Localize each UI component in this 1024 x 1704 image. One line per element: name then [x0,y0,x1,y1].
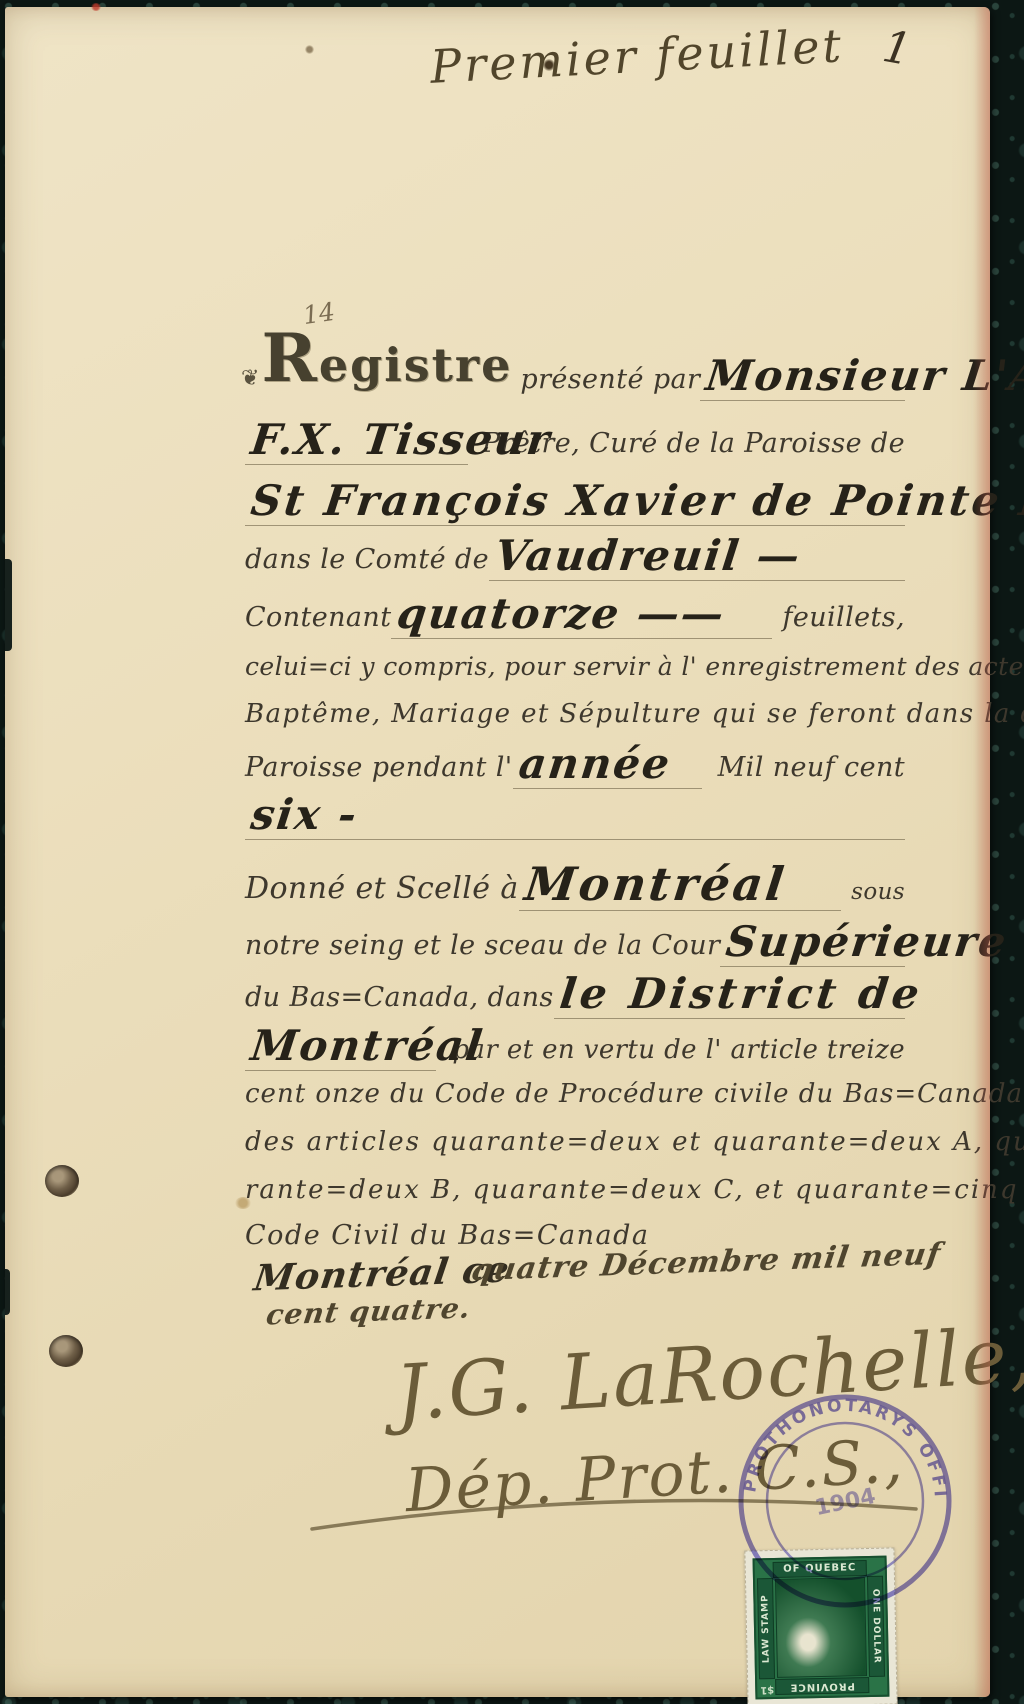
handwritten-date-text-2: cent quatre. [264,1291,473,1331]
prothonotary-stamp-date: 1904 [813,1484,878,1521]
form-line-rante: rante=deux B, quarante=deux C, et quaran… [245,1167,905,1211]
form-blank-rule: Monsieur L'Abbé [700,355,905,401]
form-line-cure: F.X. Tisseur Prêtre, Curé de la Paroisse… [245,409,905,465]
handwritten-feuillet-count: quatorze —— [389,593,738,638]
law-stamp-bottom-label: PROVINCE [775,1677,869,1695]
prothonotary-stamp-arc-text: PROTHONOTARYS OFFICE [729,1385,950,1500]
handwritten-presenter-name: Monsieur L'Abbé [698,355,1024,400]
form-line-six: six - [245,787,905,840]
printed-text: dans le Comté de [245,546,489,581]
printed-text: celui=ci y compris, pour servir à l' enr… [245,654,1024,687]
form-line-seing: notre seing et le sceau de la Cour Supér… [245,911,905,967]
form-blank-rule: année [513,743,702,789]
form-line-donne: Donné et Scellé à Montréal sous [245,849,905,911]
printed-text: notre seing et le sceau de la Cour [245,932,720,967]
form-line-registre: ❦ Registre présenté par Monsieur L'Abbé [241,337,905,401]
form-line-contenant: Contenant quatorze —— feuillets, [245,585,905,639]
form-line-annee: Paroisse pendant l' année Mil neuf cent [245,737,905,789]
handwritten-paroisse-name: St François Xavier de Pointe Fortune [242,480,1024,525]
form-line-district-ville: Montréal par et en vertu de l' article t… [245,1013,905,1071]
handwritten-district: le District de [551,973,935,1018]
form-line-comte: dans le Comté de Vaudreuil — [245,527,905,581]
binding-grommet [45,1165,79,1197]
printed-text: feuillets, [772,604,905,639]
page-number: 1 [879,21,915,76]
paper-stain [91,3,101,11]
fleuron-icon: ❦ [241,366,261,401]
handwritten-cour-type: Supérieure [718,921,1021,966]
handwritten-ville-donne: Montréal [516,861,799,910]
form-blank-rule: Supérieure [720,921,905,967]
header-note: Premier feuillet [429,18,845,94]
svg-text:PROTHONOTARYS OFFICE: PROTHONOTARYS OFFICE [729,1385,950,1500]
form-line-bapteme: Baptême, Mariage et Sépulture qui se fer… [245,691,905,735]
printed-text: cent onze du Code de Procédure civile du… [245,1081,1024,1115]
prothonotary-stamp: PROTHONOTARYS OFFICE 1904 [729,1385,961,1617]
form-blank-rule: quatorze —— [391,593,772,639]
form-blank-rule: Vaudreuil — [489,535,905,581]
handwritten-district-ville: Montréal [242,1025,496,1070]
paper-edge-notch [5,1269,10,1315]
handwritten-six: six - [242,794,370,839]
law-stamp-value: $1 [760,1684,774,1695]
printed-text: Contenant [245,604,391,639]
form-line-cent-onze: cent onze du Code de Procédure civile du… [245,1071,905,1115]
printed-text: par et en vertu de l' article treize [436,1037,905,1071]
form-line-paroisse: St François Xavier de Pointe Fortune [245,469,905,526]
printed-text: Donné et Scellé à [245,873,519,912]
form-line-celui: celui=ci y compris, pour servir à l' enr… [245,643,905,687]
printed-text: rante=deux B, quarante=deux C, et quaran… [245,1177,1024,1211]
printed-text: des articles quarante=deux et quarante=d… [245,1129,1024,1163]
register-paper-page: Premier feuillet 1 14 ❦ Registre présent… [5,7,990,1697]
form-blank-rule: F.X. Tisseur [245,419,468,465]
printed-text: présenté par [512,366,700,401]
scanned-register-page: { "annotations": { "header_note": "Premi… [0,0,1024,1704]
printed-text: Baptême, Mariage et Sépulture qui se fer… [245,701,1024,735]
binding-grommet [49,1335,83,1367]
handwritten-comte-name: Vaudreuil — [486,535,813,580]
printed-text: Paroisse pendant l' [245,754,513,789]
handwritten-cure-name: F.X. Tisseur [242,419,563,464]
form-blank-rule: Montréal [245,1025,436,1071]
form-line-articles: des articles quarante=deux et quarante=d… [245,1119,905,1163]
printed-text: Mil neuf cent [702,754,905,789]
handwritten-annee: année [510,743,683,788]
form-line-bas-canada: du Bas=Canada, dans le District de [245,963,905,1019]
printed-text: sous [841,880,905,911]
registre-word: Registre [261,318,512,401]
form-blank-rule: Montréal [519,861,841,911]
paper-edge-notch [5,559,12,651]
paper-stain [305,45,314,54]
